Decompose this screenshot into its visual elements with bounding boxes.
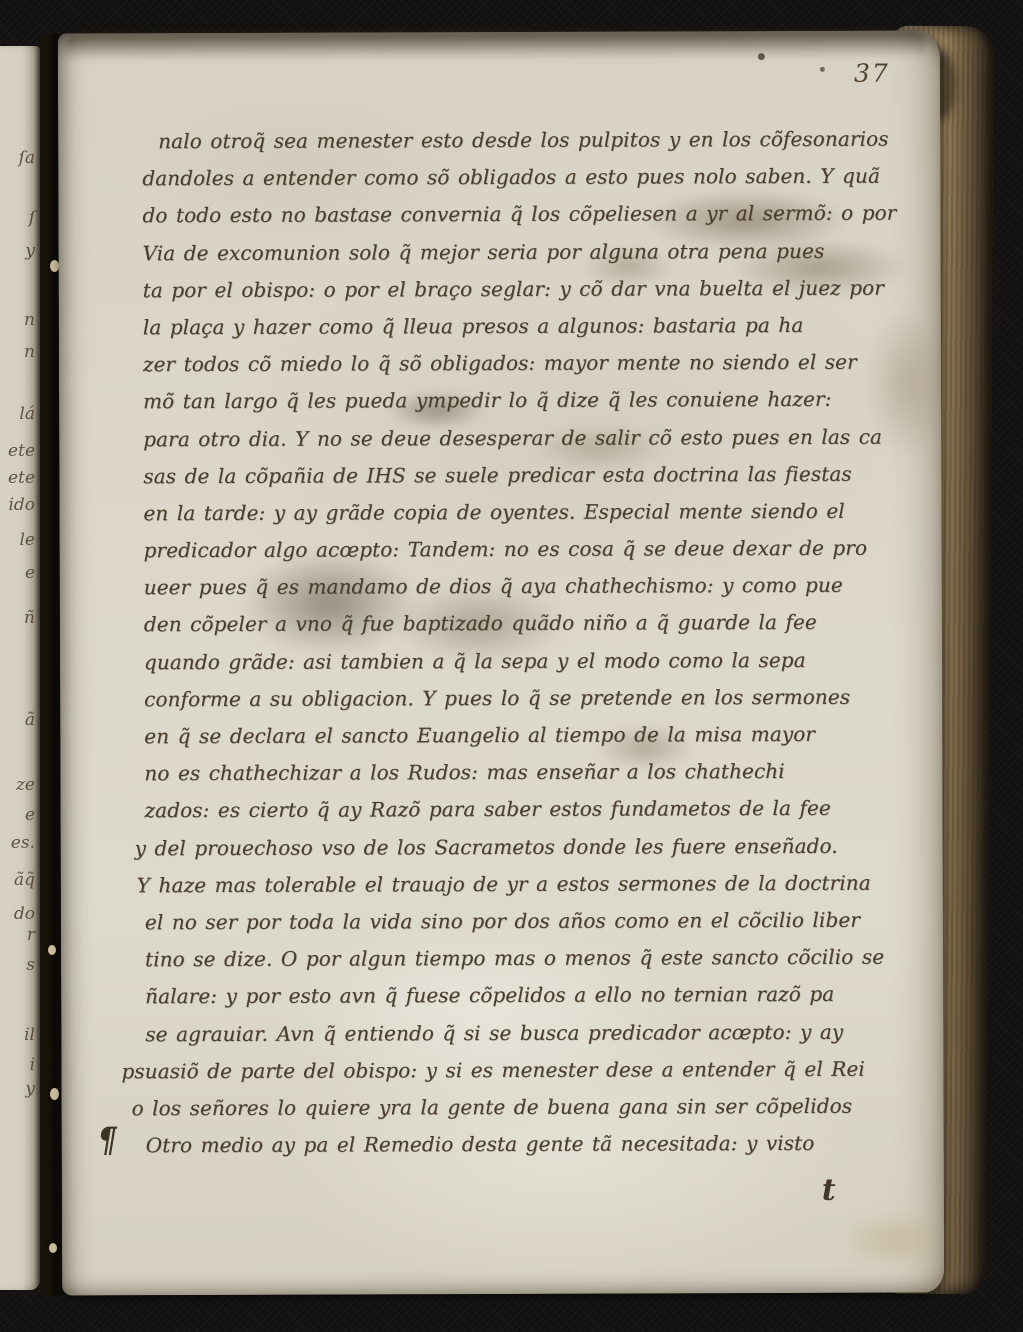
manuscript-line: Y haze mas tolerable el trauajo de yr a … <box>145 864 903 904</box>
manuscript-line: quando grãde: asi tambien a q̃ la sepa y… <box>144 641 902 681</box>
fragment-text: es. <box>11 835 35 852</box>
binding-thread <box>49 1243 57 1253</box>
fragment-text: ſ <box>29 210 35 227</box>
fragment-text: e <box>25 807 35 824</box>
manuscript-line: y del prouechoso vso de los Sacrametos d… <box>145 827 903 867</box>
facing-page-edge: ſa ſ y n n lá ete ete ido le e ñ ã ze e … <box>0 46 40 1290</box>
speck <box>820 67 825 72</box>
manuscript-line: psuasiõ de parte del obispo: y si es men… <box>145 1050 903 1090</box>
fragment-text: n <box>24 312 35 329</box>
fragment-text: ãq̃ <box>14 872 35 889</box>
binding-thread <box>48 945 56 955</box>
manuscript-line: ueer pues q̃ es mandamo de dios q̃ aya c… <box>144 567 902 607</box>
fragment-text: il <box>24 1027 35 1044</box>
manuscript-line: ñalare: y por esto avn q̃ fuese cõpelido… <box>145 976 903 1016</box>
catchword-mark: t <box>822 1173 836 1208</box>
manuscript-line: tino se dize. O por algun tiempo mas o m… <box>145 939 903 979</box>
manuscript-line: zados: es cierto q̃ ay Razõ para saber e… <box>144 790 902 830</box>
manuscript-line: dandoles a entender como sõ obligados a … <box>142 158 900 198</box>
paper-stain <box>837 1208 952 1270</box>
manuscript-line: ta por el obispo: o por el braço seglar:… <box>143 269 901 309</box>
manuscript-line: o los señores lo quiere yra la gente de … <box>145 1087 903 1127</box>
manuscript-line: en q̃ se declara el sancto Euangelio al … <box>144 716 902 756</box>
manuscript-line: se agrauiar. Avn q̃ entiendo q̃ si se bu… <box>145 1013 903 1053</box>
fragment-text: i <box>30 1057 35 1074</box>
top-edge-grime <box>66 31 926 62</box>
fragment-text: e <box>25 565 35 582</box>
manuscript-line: Otro medio ay pa el Remedio desta gente … <box>146 1125 904 1165</box>
fragment-text: n <box>24 344 35 361</box>
manuscript-line: no es chathechizar a los Rudos: mas ense… <box>144 753 902 793</box>
fragment-text: lá <box>19 406 35 423</box>
folio-number: 37 <box>854 59 890 88</box>
fragment-text: s <box>26 957 35 974</box>
manuscript-photo: ſa ſ y n n lá ete ete ido le e ñ ã ze e … <box>0 0 1023 1332</box>
fragment-text: ete <box>8 470 35 487</box>
manuscript-text-block: nalo otroq̃ sea menester esto desde los … <box>142 121 904 1165</box>
manuscript-line: predicador algo acœpto: Tandem: no es co… <box>144 530 902 570</box>
fragment-text: y <box>25 1081 35 1098</box>
speck <box>758 53 765 60</box>
manuscript-line: zer todos cõ miedo lo q̃ sõ obligados: m… <box>143 344 901 384</box>
fragment-text: ete <box>8 443 35 460</box>
paragraph-mark: ¶ <box>98 1121 117 1161</box>
fragment-text: ze <box>16 777 35 794</box>
fragment-text: do <box>14 906 35 923</box>
fragment-text: r <box>27 927 35 944</box>
manuscript-line: mõ tan largo q̃ les pueda ympedir lo q̃ … <box>143 381 901 421</box>
manuscript-line: nalo otroq̃ sea menester esto desde los … <box>142 121 900 161</box>
manuscript-line: do todo esto no bastase convernia q̃ los… <box>142 195 900 235</box>
manuscript-line: en la tarde: y ay grãde copia de oyentes… <box>143 492 901 532</box>
manuscript-line: para otro dia. Y no se deue desesperar d… <box>143 418 901 458</box>
manuscript-page: 37 nalo otroq̃ sea menester esto desde l… <box>58 30 944 1295</box>
manuscript-line: la plaça y hazer como q̃ lleua presos a … <box>143 307 901 347</box>
manuscript-line: den cõpeler a vno q̃ fue baptizado quãdo… <box>144 604 902 644</box>
manuscript-line: Via de excomunion solo q̃ mejor seria po… <box>143 232 901 272</box>
fragment-text: ido <box>8 497 35 514</box>
fragment-text: y <box>25 243 35 260</box>
manuscript-line: sas de la cõpañia de IHS se suele predic… <box>143 455 901 495</box>
fragment-text: le <box>20 532 36 549</box>
manuscript-line: conforme a su obligacion. Y pues lo q̃ s… <box>144 678 902 718</box>
binding-thread <box>50 1088 59 1100</box>
fragment-text: ã <box>25 712 35 729</box>
manuscript-line: el no ser por toda la vida sino por dos … <box>145 902 903 942</box>
fragment-text: ñ <box>24 610 35 627</box>
fragment-text: ſa <box>19 150 35 167</box>
